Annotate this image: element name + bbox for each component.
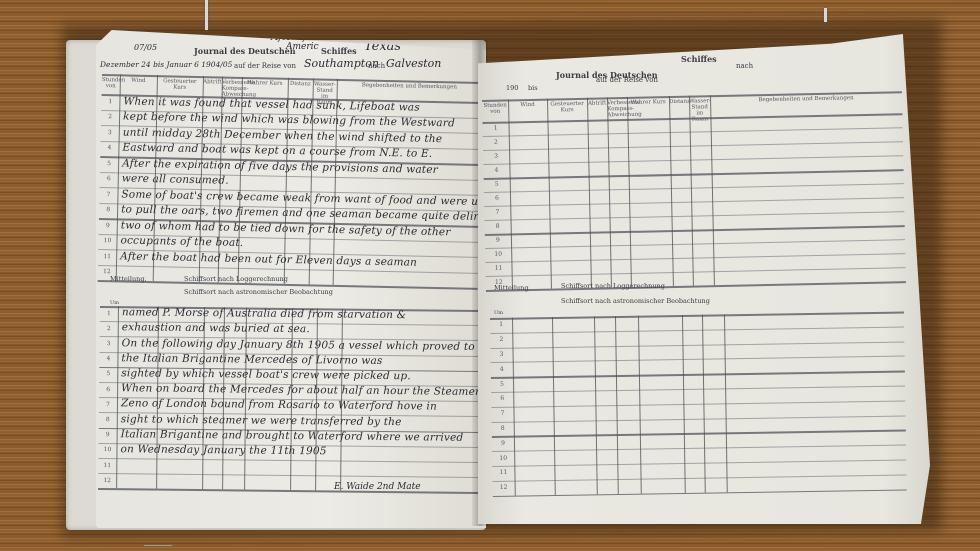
column-header: Distanz — [288, 81, 313, 88]
row-number: 9 — [496, 439, 510, 446]
row-number: 7 — [495, 410, 509, 417]
mitteilung-label: Mitteilung. — [494, 284, 531, 292]
row-prefix: Um — [110, 300, 119, 306]
row-number: 11 — [100, 253, 114, 260]
row-number: 10 — [100, 446, 114, 453]
table-rule — [485, 253, 905, 263]
table-rule — [483, 141, 903, 151]
row-number: 2 — [489, 139, 503, 146]
binding-pin — [205, 0, 208, 30]
date-mid: bis — [528, 84, 538, 92]
row-number: 3 — [103, 129, 117, 136]
astro-observation-label: Schiffsort nach astronomischer Beobachtu… — [561, 297, 710, 305]
row-number: 8 — [101, 416, 115, 423]
journal-title-suffix: Schiffes — [681, 54, 717, 64]
voyage-label: auf der Reise von — [234, 62, 296, 70]
row-number: 2 — [102, 325, 116, 332]
log-entry-line: sighted by which vessel boat's crew were… — [121, 367, 411, 382]
table-rule — [484, 183, 904, 193]
row-number: 8 — [491, 223, 505, 230]
column-header: Wind — [120, 77, 157, 84]
row-number: 8 — [496, 425, 510, 432]
log-entry-line: When on board the Mercedes for about hal… — [121, 382, 480, 398]
row-number: 7 — [101, 191, 115, 198]
voyage-to: Galveston — [386, 57, 441, 70]
column-header: Stunden von — [102, 77, 120, 89]
table-rule — [484, 169, 904, 179]
column-header: Wind — [508, 102, 547, 109]
table-rule — [98, 488, 478, 493]
table-rule — [483, 127, 903, 137]
log-entry-line: were all consumed. — [122, 172, 229, 186]
table-rule — [486, 281, 906, 291]
mitteilung-label: Mitteilung. — [110, 275, 147, 283]
row-number: 5 — [101, 370, 115, 377]
table-rule — [486, 267, 906, 277]
row-number: 4 — [495, 366, 509, 373]
log-entry-line: Zeno of London bound from Rosario to Wat… — [121, 398, 437, 413]
binding-pin — [824, 8, 827, 22]
logbook-right-page: Journal des Deutschen Schiffes nach 190 … — [478, 34, 930, 524]
column-header: Verbesserte Kompass-Abweichung — [607, 100, 627, 118]
column-header: Abtrift — [587, 100, 607, 106]
row-number: 1 — [102, 310, 116, 317]
voyage-label: auf der Reise von — [596, 76, 658, 84]
row-number: 6 — [495, 395, 509, 402]
row-number: 11 — [491, 265, 505, 272]
row-number: 11 — [100, 462, 114, 469]
row-number: 7 — [101, 401, 115, 408]
log-entry-line: occupants of the boat. — [120, 234, 243, 249]
log-entry-line: sight to which steamer we were transferr… — [121, 413, 402, 428]
log-table-top: 123456789101112Stunden vonWindGesteuerte… — [98, 74, 482, 288]
row-number: 9 — [101, 222, 115, 229]
column-header: Distanz — [669, 99, 689, 105]
row-number: 11 — [496, 469, 510, 476]
column-header: Gesteuerter Kurs — [547, 101, 587, 114]
table-rule — [483, 155, 903, 165]
row-number: 1 — [494, 321, 508, 328]
nationality-insert: Americ — [286, 42, 319, 52]
date-prefix: 190 — [506, 84, 518, 92]
row-number: 9 — [101, 431, 115, 438]
log-entry-line: named P. Morse of Australia died from st… — [122, 306, 406, 321]
row-number: 5 — [102, 160, 116, 167]
row-number: 5 — [495, 380, 509, 387]
row-number: 3 — [495, 351, 509, 358]
row-number: 1 — [103, 98, 117, 105]
log-entry-line: on Wednesday January the 11th 1905 — [120, 443, 326, 457]
table-rule — [485, 225, 905, 235]
row-number: 10 — [496, 454, 510, 461]
row-number: 8 — [101, 206, 115, 213]
row-number: 3 — [102, 340, 116, 347]
log-reckoning-label: Schiffsort nach Loggerechnung — [561, 282, 665, 290]
log-table-top: 123456789101112Stunden vonWindGesteuerte… — [482, 91, 906, 290]
journal-title-suffix: Schiffes — [321, 46, 357, 56]
column-header: Wahrer Kurs — [627, 99, 669, 106]
voyage-to-label: nach — [736, 62, 753, 70]
row-number: 12 — [100, 477, 114, 484]
row-number: 9 — [491, 237, 505, 244]
table-rule — [98, 264, 478, 273]
log-entry-line: the Italian Brigantine Mercedes of Livor… — [121, 352, 382, 367]
row-number: 4 — [101, 355, 115, 362]
column-header: Stunden von — [482, 102, 508, 115]
log-reckoning-label: Schiffsort nach Loggerechnung — [184, 275, 288, 283]
row-number: 10 — [100, 237, 114, 244]
row-number: 6 — [101, 386, 115, 393]
table-rule — [485, 239, 905, 249]
signature: E. Waide 2nd Mate — [334, 482, 421, 492]
log-table-bottom: 123456789101112 — [490, 311, 907, 495]
date-range: Dezember 24 bis Januar 6 1904/05 — [100, 60, 232, 69]
row-number: 4 — [102, 144, 116, 151]
row-number: 1 — [489, 125, 503, 132]
row-number: 12 — [497, 484, 511, 491]
table-rule — [484, 197, 904, 207]
journal-title: Journal des Deutschen — [194, 46, 296, 56]
column-header: Abtrift — [203, 79, 222, 85]
column-header: Wahrer Kurs — [242, 80, 288, 87]
log-table-bottom: 123456789101112named P. Morse of Austral… — [98, 306, 480, 492]
row-number: 2 — [494, 336, 508, 343]
logbook-left-page: Afterofnantempf 07/05 Journal des Deutsc… — [96, 30, 486, 528]
row-number: 7 — [490, 209, 504, 216]
page-ref: 07/05 — [134, 43, 157, 52]
row-number: 3 — [489, 153, 503, 160]
row-number: 6 — [490, 195, 504, 202]
column-header: Gesteuerter Kurs — [157, 78, 203, 91]
row-number: 5 — [490, 181, 504, 188]
voyage-to-label: nach — [368, 62, 385, 70]
row-number: 2 — [103, 113, 117, 120]
log-entry-line: Italian Brigantine and brought to Waterf… — [121, 428, 464, 444]
column-header: Verbesserte Kompass-Abweichung — [222, 80, 242, 98]
column-header: Wasser-Stand im Raum — [689, 98, 710, 122]
row-number: 6 — [102, 175, 116, 182]
row-number: 10 — [491, 251, 505, 258]
astro-observation-label: Schiffsort nach astronomischer Beobachtu… — [184, 288, 333, 296]
table-rule — [485, 211, 905, 221]
row-number: 4 — [489, 167, 503, 174]
log-entry-line: exhaustion and was buried at sea. — [122, 322, 310, 336]
row-prefix: Um — [494, 310, 503, 316]
stack-rule — [144, 527, 172, 546]
log-entry-line: On the following day January 8th 1905 a … — [122, 337, 486, 353]
column-header: Begebenheiten und Bemerkungen — [337, 82, 482, 91]
